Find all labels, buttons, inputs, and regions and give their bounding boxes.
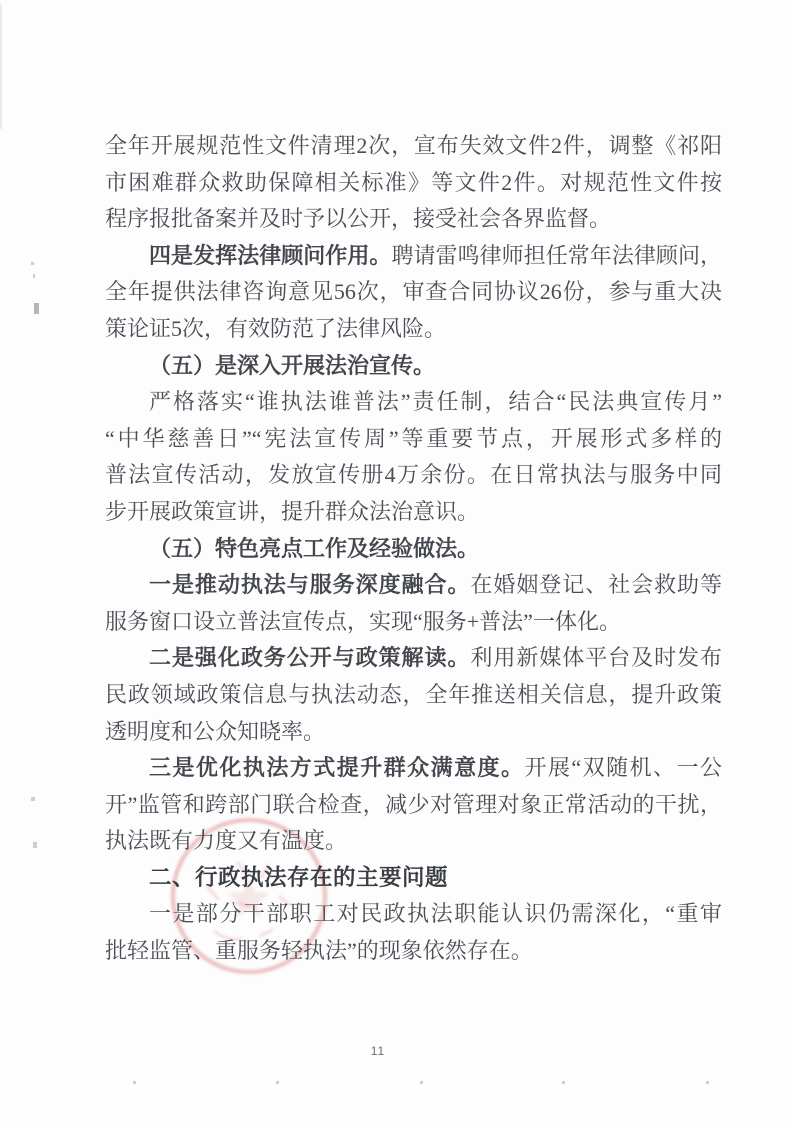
text-line: 全年提供法律咨询意见56次，审查合同协议26份，参与重大决 — [105, 274, 722, 311]
scan-speck — [34, 303, 39, 314]
scan-speck — [133, 1081, 136, 1084]
text-line: 步开展政策宣讲，提升群众法治意识。 — [105, 494, 722, 531]
page-number: 11 — [358, 1044, 398, 1058]
text-line: 民政领域政策信息与执法动态，全年推送相关信息，提升政策 — [105, 677, 722, 714]
text-line: 批轻监管、重服务轻执法”的现象依然存在。 — [105, 933, 722, 970]
text-line: 普法宣传活动，发放宣传册4万余份。在日常执法与服务中同 — [105, 457, 722, 494]
scan-speck — [276, 1081, 279, 1084]
text-line: 执法既有力度又有温度。 — [105, 823, 722, 860]
scan-speck — [33, 842, 37, 848]
scan-speck — [33, 274, 35, 278]
text-line: 一是部分干部职工对民政执法职能认识仍需深化，“重审 — [105, 896, 722, 933]
text-line: 四是发挥法律顾问作用。聘请雷鸣律师担任常年法律顾问， — [105, 238, 722, 275]
text-line: 透明度和公众知晓率。 — [105, 714, 722, 751]
scan-speck — [706, 1081, 709, 1084]
scan-edge-artifact — [0, 4, 2, 129]
text-line: 三是优化执法方式提升群众满意度。开展“双随机、一公 — [105, 750, 722, 787]
scan-speck — [31, 262, 34, 265]
text-line: 二是强化政务公开与政策解读。利用新媒体平台及时发布 — [105, 640, 722, 677]
document-text: 全年开展规范性文件清理2次，宣布失效文件2件，调整《祁阳市困难群众救助保障相关标… — [105, 128, 722, 970]
text-line: （五）特色亮点工作及经验做法。 — [105, 531, 722, 568]
scan-speck — [31, 797, 35, 801]
text-line: 开”监管和跨部门联合检查，减少对管理对象正常活动的干扰， — [105, 787, 722, 824]
text-line: 一是推动执法与服务深度融合。在婚姻登记、社会救助等 — [105, 567, 722, 604]
text-line: 服务窗口设立普法宣传点，实现“服务+普法”一体化。 — [105, 604, 722, 641]
text-line: 全年开展规范性文件清理2次，宣布失效文件2件，调整《祁阳 — [105, 128, 722, 165]
text-line: 市困难群众救助保障相关标准》等文件2件。对规范性文件按 — [105, 165, 722, 202]
text-line: 二、行政执法存在的主要问题 — [105, 860, 722, 897]
scan-speck — [420, 1081, 423, 1084]
text-line: 程序报批备案并及时予以公开，接受社会各界监督。 — [105, 201, 722, 238]
text-line: 策论证5次，有效防范了法律风险。 — [105, 311, 722, 348]
text-line: 严格落实“谁执法谁普法”责任制，结合“民法典宣传月” — [105, 384, 722, 421]
scanned-document-page: 全年开展规范性文件清理2次，宣布失效文件2件，调整《祁阳市困难群众救助保障相关标… — [0, 0, 793, 1122]
scan-speck — [562, 1081, 565, 1084]
text-line: “中华慈善日”“宪法宣传周”等重要节点，开展形式多样的 — [105, 421, 722, 458]
text-line: （五）是深入开展法治宣传。 — [105, 348, 722, 385]
